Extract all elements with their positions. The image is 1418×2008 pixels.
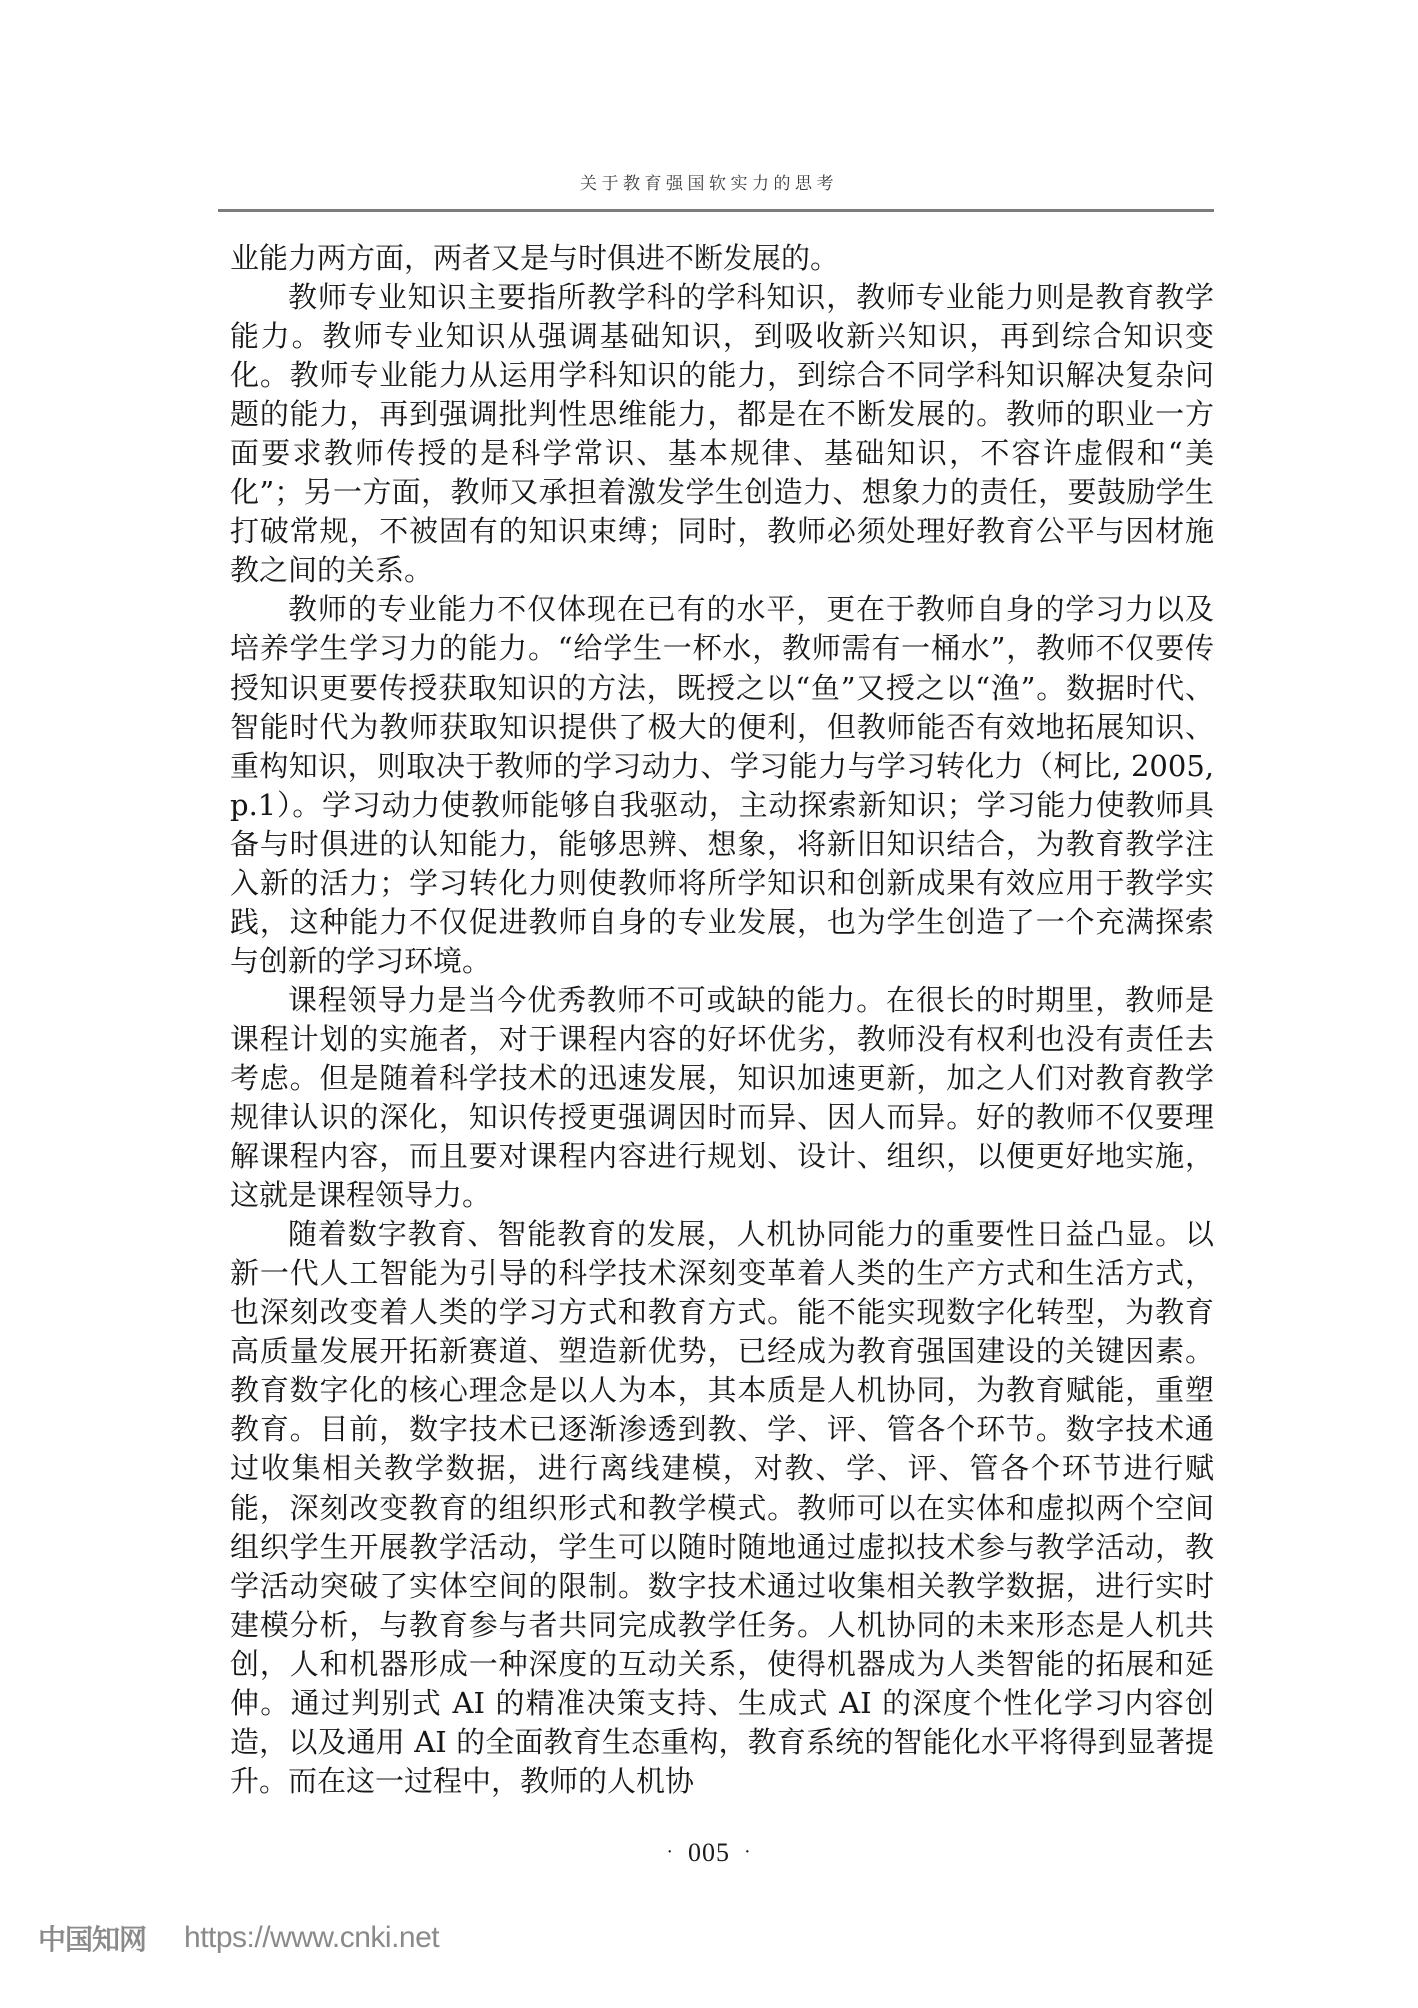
watermark-brand: 中国知网	[38, 1918, 146, 1958]
running-header: 关于教育强国软实力的思考	[0, 170, 1418, 198]
paragraph-human-machine-collaboration: 随着数字教育、智能教育的发展，人机协同能力的重要性日益凸显。以新一代人工智能为引…	[230, 1215, 1214, 1801]
page-number: 005	[688, 1838, 730, 1867]
page-number-dot-left: ·	[666, 1841, 674, 1864]
cnki-watermark: 中国知网 https://www.cnki.net	[38, 1918, 439, 1958]
paragraph-curriculum-leadership: 课程领导力是当今优秀教师不可或缺的能力。在很长的时期里，教师是课程计划的实施者，…	[230, 981, 1214, 1215]
paragraph-learning-ability: 教师的专业能力不仅体现在已有的水平，更在于教师自身的学习力以及培养学生学习力的能…	[230, 590, 1214, 980]
paragraph-teacher-knowledge: 教师专业知识主要指所教学科的学科知识，教师专业能力则是教育教学能力。教师专业知识…	[230, 278, 1214, 590]
page-number-footer: ·005·	[0, 1838, 1418, 1868]
watermark-url[interactable]: https://www.cnki.net	[184, 1921, 439, 1955]
article-body: 业能力两方面，两者又是与时俱进不断发展的。 教师专业知识主要指所教学科的学科知识…	[230, 239, 1214, 1801]
paragraph-continuation: 业能力两方面，两者又是与时俱进不断发展的。	[230, 239, 1214, 278]
header-rule	[218, 209, 1214, 212]
page-number-dot-right: ·	[744, 1841, 752, 1864]
